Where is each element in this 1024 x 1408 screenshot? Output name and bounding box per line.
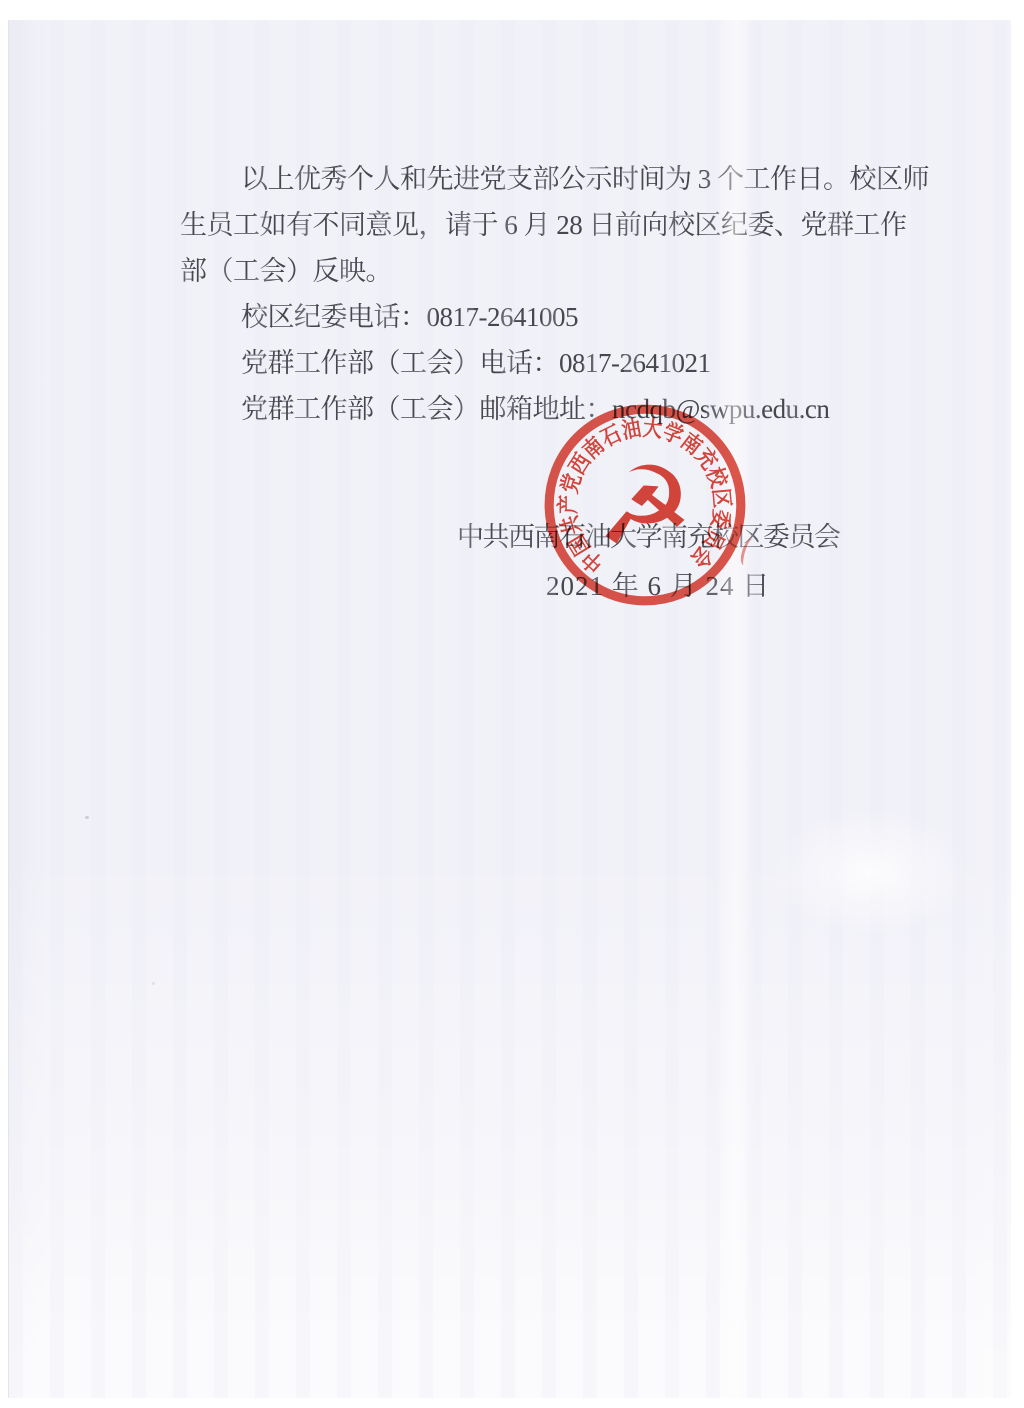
scan-background: 以上优秀个人和先进党支部公示时间为 3 个工作日。校区师 生员工如有不同意见，请… [0, 0, 1024, 1408]
scan-speck [85, 816, 89, 819]
body-text-line-2: 生员工如有不同意见，请于 6 月 28 日前向校区纪委、党群工作 [180, 212, 907, 239]
contact-line-discipline-committee-phone: 校区纪委电话：0817-2641005 [241, 304, 578, 331]
hammer-and-sickle-icon: ☭ [597, 445, 694, 570]
document-page: 以上优秀个人和先进党支部公示时间为 3 个工作日。校区师 生员工如有不同意见，请… [8, 20, 1011, 1398]
body-text-line-3: 部（工会）反映。 [180, 258, 392, 285]
scan-speck [152, 982, 155, 985]
body-text-line-1: 以上优秀个人和先进党支部公示时间为 3 个工作日。校区师 [241, 166, 929, 193]
contact-line-party-masses-dept-phone: 党群工作部（工会）电话：0817-2641021 [241, 350, 711, 377]
official-seal: 中国共产党西南石油大学南充校区委员会 ☭ [540, 400, 750, 610]
